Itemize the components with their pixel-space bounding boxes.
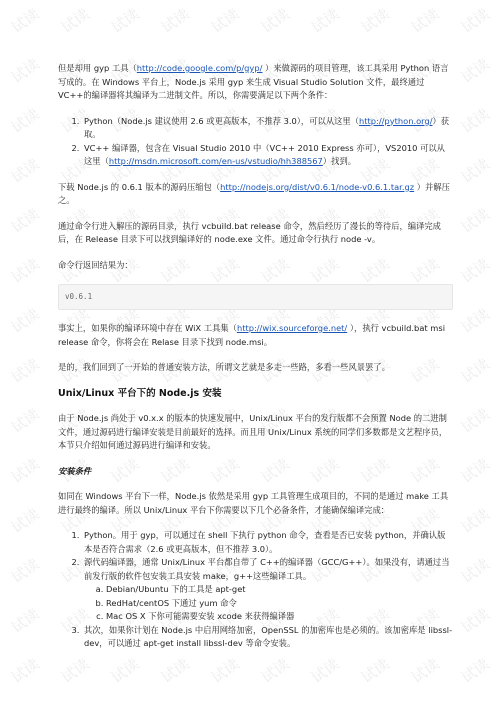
watermark-text: 试读 (457, 653, 494, 687)
watermark-text: 试读 (457, 403, 494, 437)
text: ）找到。 (323, 156, 356, 166)
link-wix[interactable]: http://wix.sourceforge.net/ (237, 323, 347, 333)
link-msdn[interactable]: http://msdn.microsoft.com/en-us/vstudio/… (109, 156, 323, 166)
watermark-text: 试读 (7, 403, 44, 437)
watermark-text: 试读 (407, 3, 444, 37)
document-page: 但是却用 gyp 工具（http://code.google.com/p/gyp… (58, 62, 453, 663)
watermark-text: 试读 (457, 603, 494, 637)
windows-requirements-list: Python（Node.js 建议使用 2.6 或更高版本，不推荐 3.0），可… (58, 115, 453, 169)
watermark-text: 试读 (7, 103, 44, 137)
watermark-text: 试读 (7, 253, 44, 287)
link-python[interactable]: http://python.org/ (359, 116, 432, 126)
list-item: RedHat/centOS 下通过 yum 命令 (106, 597, 453, 611)
watermark-text: 试读 (207, 3, 244, 37)
watermark-text: 试读 (457, 303, 494, 337)
paragraph-unix-requirements-intro: 如同在 Windows 平台下一样，Node.js 依然是采用 gyp 工具管理… (58, 490, 453, 517)
watermark-text: 试读 (7, 653, 44, 687)
watermark-text: 试读 (7, 3, 44, 37)
watermark-text: 试读 (57, 3, 94, 37)
text: Python（Node.js 建议使用 2.6 或更高版本，不推荐 3.0），可… (84, 116, 359, 126)
paragraph-unix-intro: 由于 Node.js 尚处于 v0.x.x 的版本的快速发展中，Unix/Lin… (58, 412, 453, 453)
watermark-text: 试读 (457, 53, 494, 87)
list-item: Python（Node.js 建议使用 2.6 或更高版本，不推荐 3.0），可… (82, 115, 453, 142)
paragraph-aside: 是的，我们回到了一开始的普通安装方法，所谓文艺就是多走一些路，多看一些风景罢了。 (58, 361, 453, 375)
watermark-text: 试读 (307, 3, 344, 37)
watermark-text: 试读 (457, 103, 494, 137)
link-node-tarball[interactable]: http://nodejs.org/dist/v0.6.1/node-v0.6.… (220, 182, 414, 192)
watermark-text: 试读 (457, 553, 494, 587)
list-item: Mac OS X 下你可能需要安装 xcode 来获得编译器 (106, 610, 453, 624)
text: 事实上，如果你的编译环境中存在 WiX 工具集（ (58, 323, 237, 333)
unix-requirements-list: Python。用于 gyp，可以通过在 shell 下执行 python 命令，… (58, 529, 453, 651)
watermark-text: 试读 (7, 303, 44, 337)
watermark-text: 试读 (457, 503, 494, 537)
heading-prerequisites: 安装条件 (58, 465, 453, 479)
watermark-text: 试读 (457, 253, 494, 287)
text: 源代码编译器，通常 Unix/Linux 平台都自带了 C++的编译器（GCC/… (84, 557, 450, 581)
list-item: Debian/Ubuntu 下的工具是 apt-get (106, 583, 453, 597)
watermark-text: 试读 (457, 203, 494, 237)
link-gyp[interactable]: http://code.google.com/p/gyp/ (137, 63, 263, 73)
watermark-text: 试读 (7, 153, 44, 187)
watermark-text: 试读 (357, 3, 394, 37)
code-output-block: v0.6.1 (58, 284, 453, 310)
watermark-text: 试读 (107, 3, 144, 37)
package-manager-list: Debian/Ubuntu 下的工具是 apt-get RedHat/centO… (84, 583, 453, 624)
text: 但是却用 gyp 工具（ (58, 63, 137, 73)
watermark-text: 试读 (7, 553, 44, 587)
paragraph-result-label: 命令行返回结果为： (58, 259, 453, 273)
watermark-text: 试读 (457, 153, 494, 187)
watermark-text: 试读 (7, 353, 44, 387)
paragraph-gyp-intro: 但是却用 gyp 工具（http://code.google.com/p/gyp… (58, 62, 453, 103)
list-item: Python。用于 gyp，可以通过在 shell 下执行 python 命令，… (82, 529, 453, 556)
list-item: 其次，如果你计划在 Node.js 中启用网络加密，OpenSSL 的加密库也是… (82, 624, 453, 651)
heading-unix-install: Unix/Linux 平台下的 Node.js 安装 (58, 387, 453, 401)
watermark-text: 试读 (457, 3, 494, 37)
watermark-text: 试读 (457, 453, 494, 487)
watermark-text: 试读 (7, 53, 44, 87)
text: 下载 Node.js 的 0.6.1 版本的源码压缩包（ (58, 182, 220, 192)
paragraph-wix: 事实上，如果你的编译环境中存在 WiX 工具集（http://wix.sourc… (58, 322, 453, 349)
watermark-text: 试读 (7, 453, 44, 487)
list-item: VC++ 编译器，包含在 Visual Studio 2010 中（VC++ 2… (82, 142, 453, 169)
watermark-text: 试读 (7, 603, 44, 637)
paragraph-build: 通过命令行进入解压的源码目录，执行 vcbuild.bat release 命令… (58, 220, 453, 247)
watermark-text: 试读 (457, 353, 494, 387)
watermark-text: 试读 (157, 3, 194, 37)
watermark-text: 试读 (7, 503, 44, 537)
watermark-text: 试读 (257, 3, 294, 37)
watermark-text: 试读 (7, 203, 44, 237)
paragraph-download: 下载 Node.js 的 0.6.1 版本的源码压缩包（http://nodej… (58, 181, 453, 208)
list-item: 源代码编译器，通常 Unix/Linux 平台都自带了 C++的编译器（GCC/… (82, 556, 453, 624)
